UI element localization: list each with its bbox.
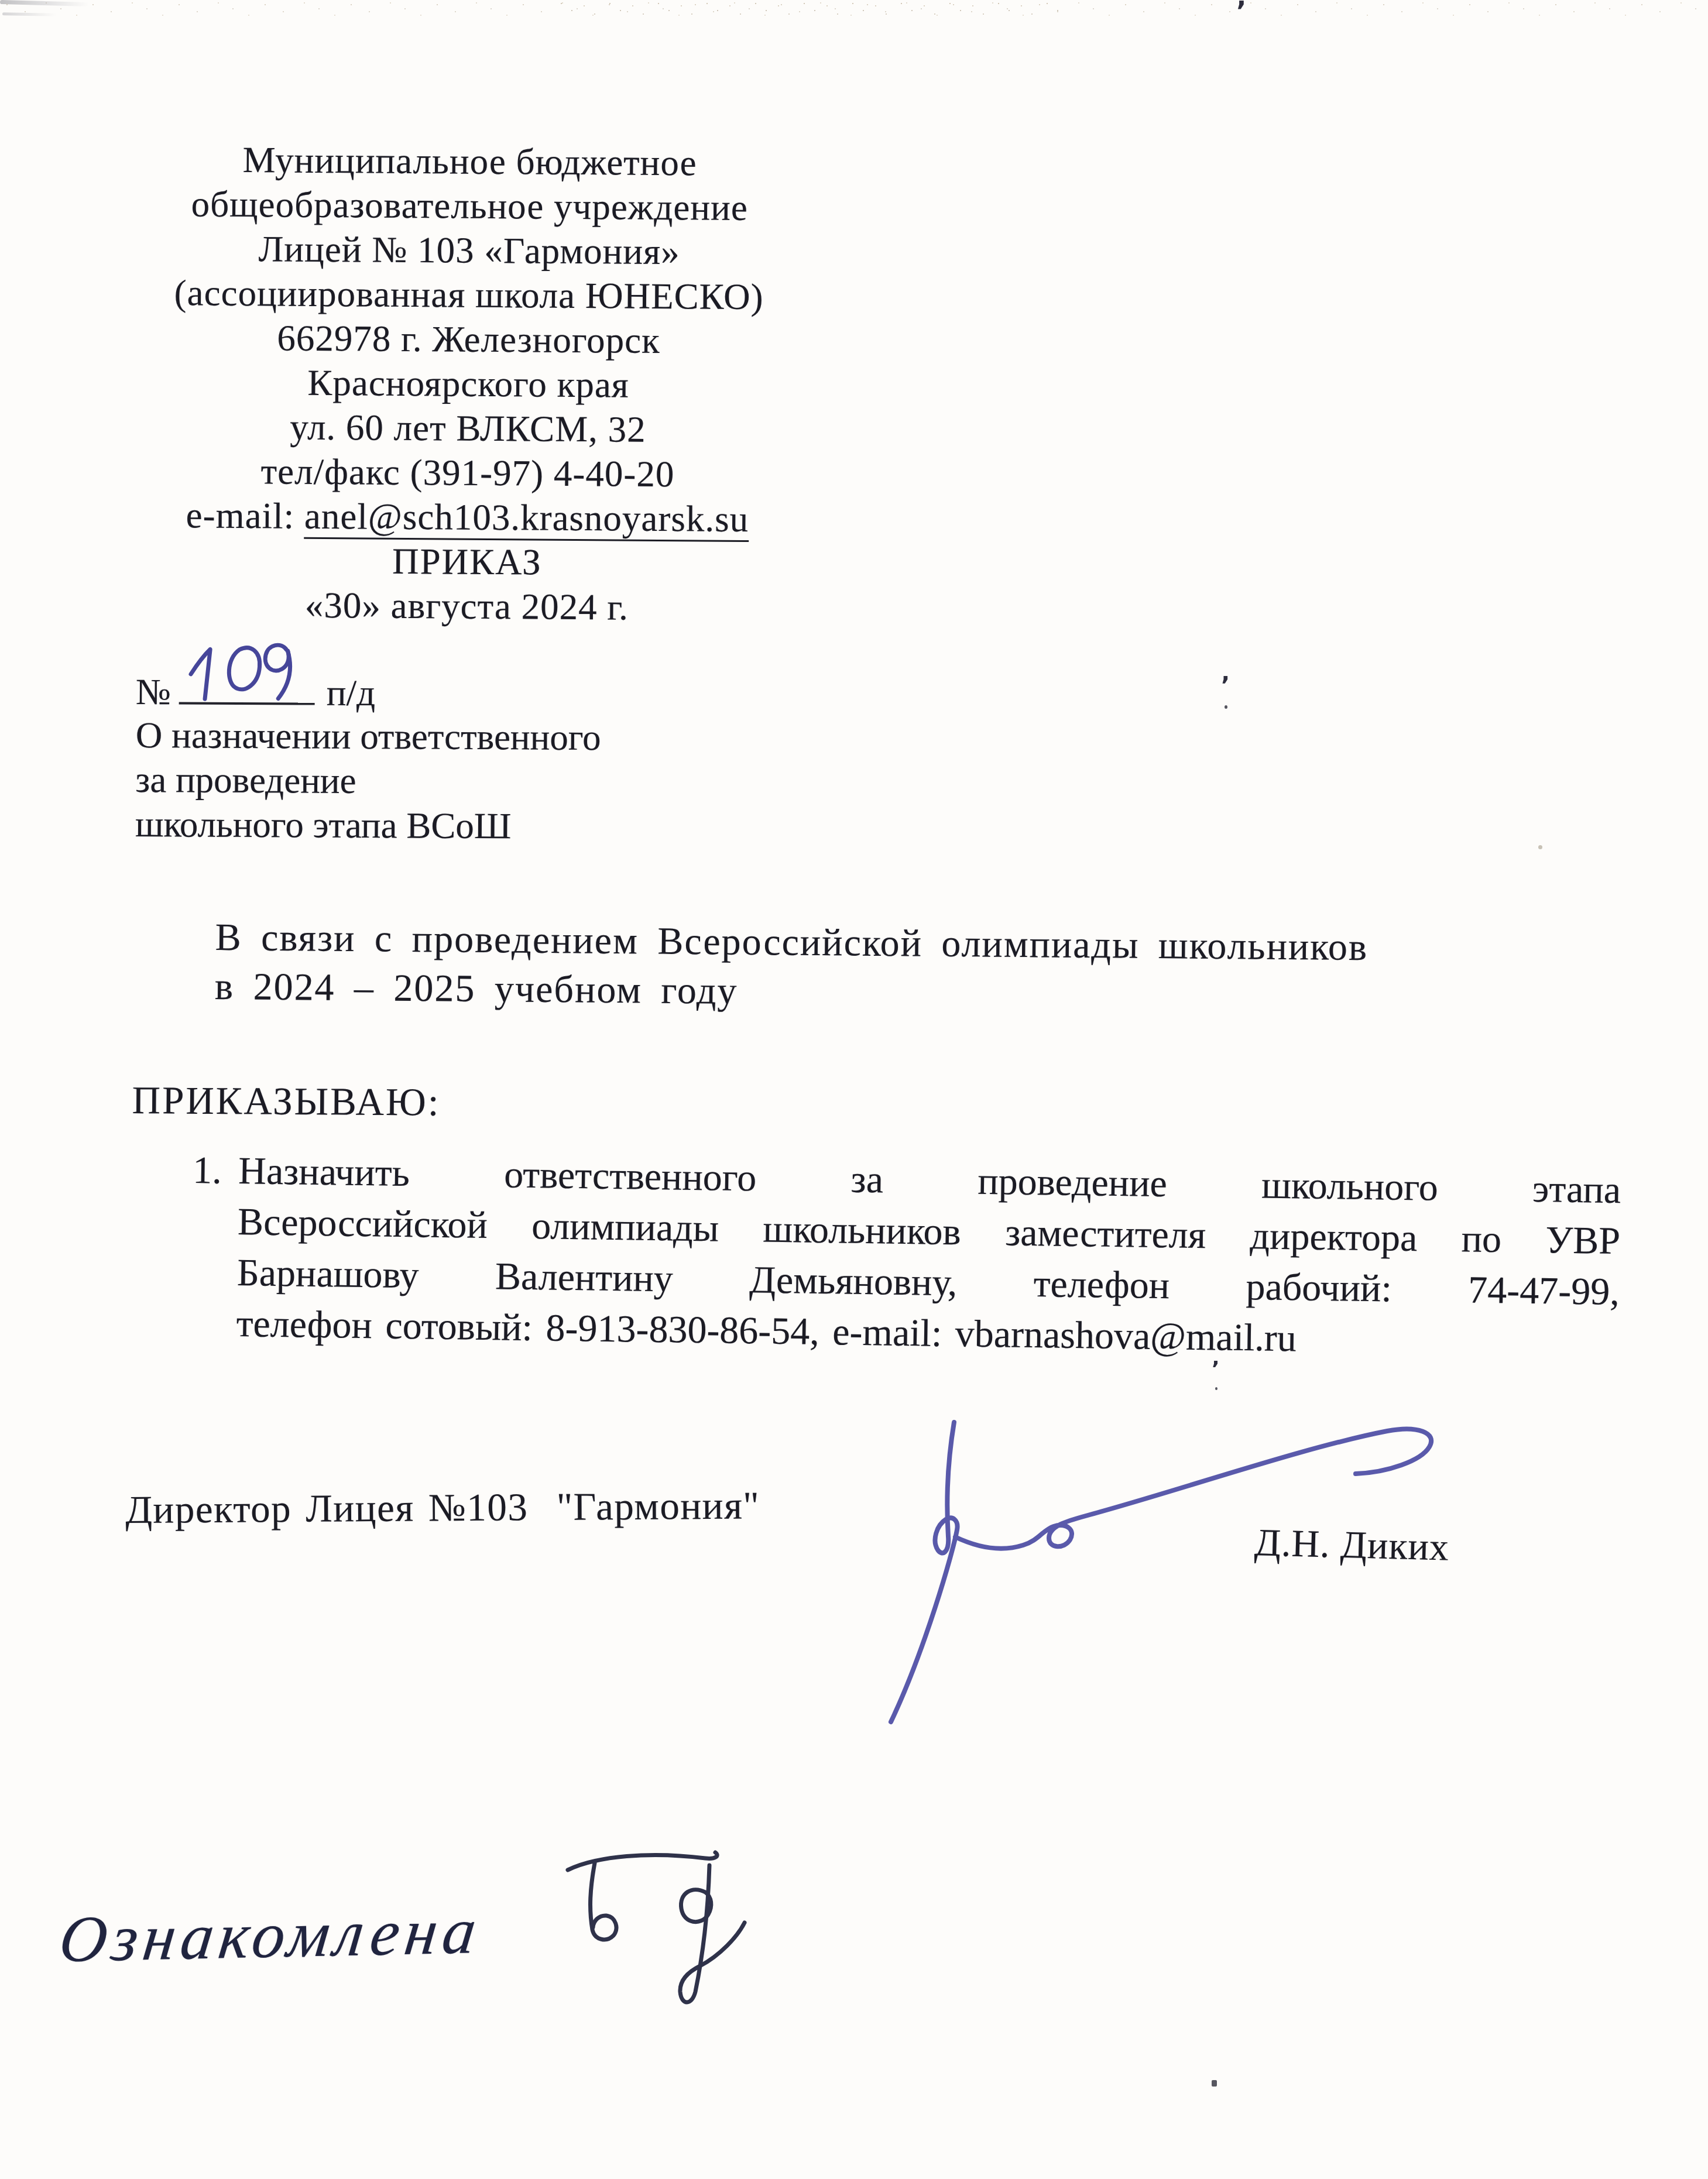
- acknowledgment-signature-ink: [556, 1835, 808, 2040]
- ink-speck-artifact: [1215, 1387, 1217, 1390]
- ink-speck-artifact: [1212, 2080, 1217, 2087]
- ink-speck-artifact: [1225, 705, 1227, 709]
- number-sign: №: [136, 671, 171, 712]
- letterhead-line: ул. 60 лет ВЛКСМ, 32: [155, 404, 781, 452]
- command-word: ПРИКАЗЫВАЮ:: [132, 1078, 440, 1125]
- number-suffix: п/д: [327, 672, 376, 713]
- order-subject: О назначении ответственного за проведени…: [135, 713, 601, 849]
- subject-line: за проведение: [135, 757, 601, 804]
- subject-line: школьного этапа ВСоШ: [135, 802, 601, 849]
- handwritten-order-number-ink: [183, 635, 313, 709]
- letterhead-line: Красноярского края: [155, 359, 782, 408]
- document-date: «30» августа 2024 г.: [153, 582, 780, 630]
- scan-smudge-top-left: [0, 1, 100, 27]
- signer-position-title: Директор Лицея №103 "Гармония": [125, 1483, 760, 1533]
- ink-speck-artifact: [1538, 845, 1542, 849]
- document-title: ПРИКАЗ: [154, 537, 781, 586]
- letterhead-line: Муниципальное бюджетное: [156, 137, 783, 186]
- letterhead-line: Лицей № 103 «Гармония»: [156, 226, 783, 274]
- letterhead-email-line: e-mail: anel@sch103.krasnoyarsk.su: [154, 493, 781, 541]
- email-label: e-mail:: [186, 495, 304, 536]
- ink-speck-artifact: ’: [1221, 674, 1230, 698]
- scanned-order-document: ’ ’ ’ Муниципальное бюджетное общеобразо…: [0, 0, 1708, 2179]
- preamble: В связи с проведением Всероссийской олим…: [215, 913, 1474, 1022]
- scan-noise-patch: [556, 0, 1059, 18]
- letterhead-line: 662978 г. Железногорск: [155, 315, 782, 363]
- item-marker: 1.: [193, 1145, 222, 1196]
- letterhead-line: тел/факс (391-97) 4-40-20: [155, 448, 781, 497]
- letterhead-line: (ассоциированная школа ЮНЕСКО): [156, 270, 783, 319]
- order-item-1: 1. Назначить ответственного за проведени…: [190, 1145, 1621, 1368]
- letterhead-line: общеобразовательное учреждение: [156, 181, 783, 230]
- item-body: Назначить ответственного за проведение ш…: [236, 1145, 1621, 1368]
- email-address: anel@sch103.krasnoyarsk.su: [304, 496, 749, 542]
- letterhead: Муниципальное бюджетное общеобразователь…: [153, 137, 783, 630]
- acknowledgment-handwritten-text: Ознакомлена: [56, 1893, 486, 1978]
- ink-speck-artifact: ’: [1236, 0, 1246, 25]
- director-signature-ink: [860, 1405, 1493, 1738]
- subject-line: О назначении ответственного: [136, 713, 601, 760]
